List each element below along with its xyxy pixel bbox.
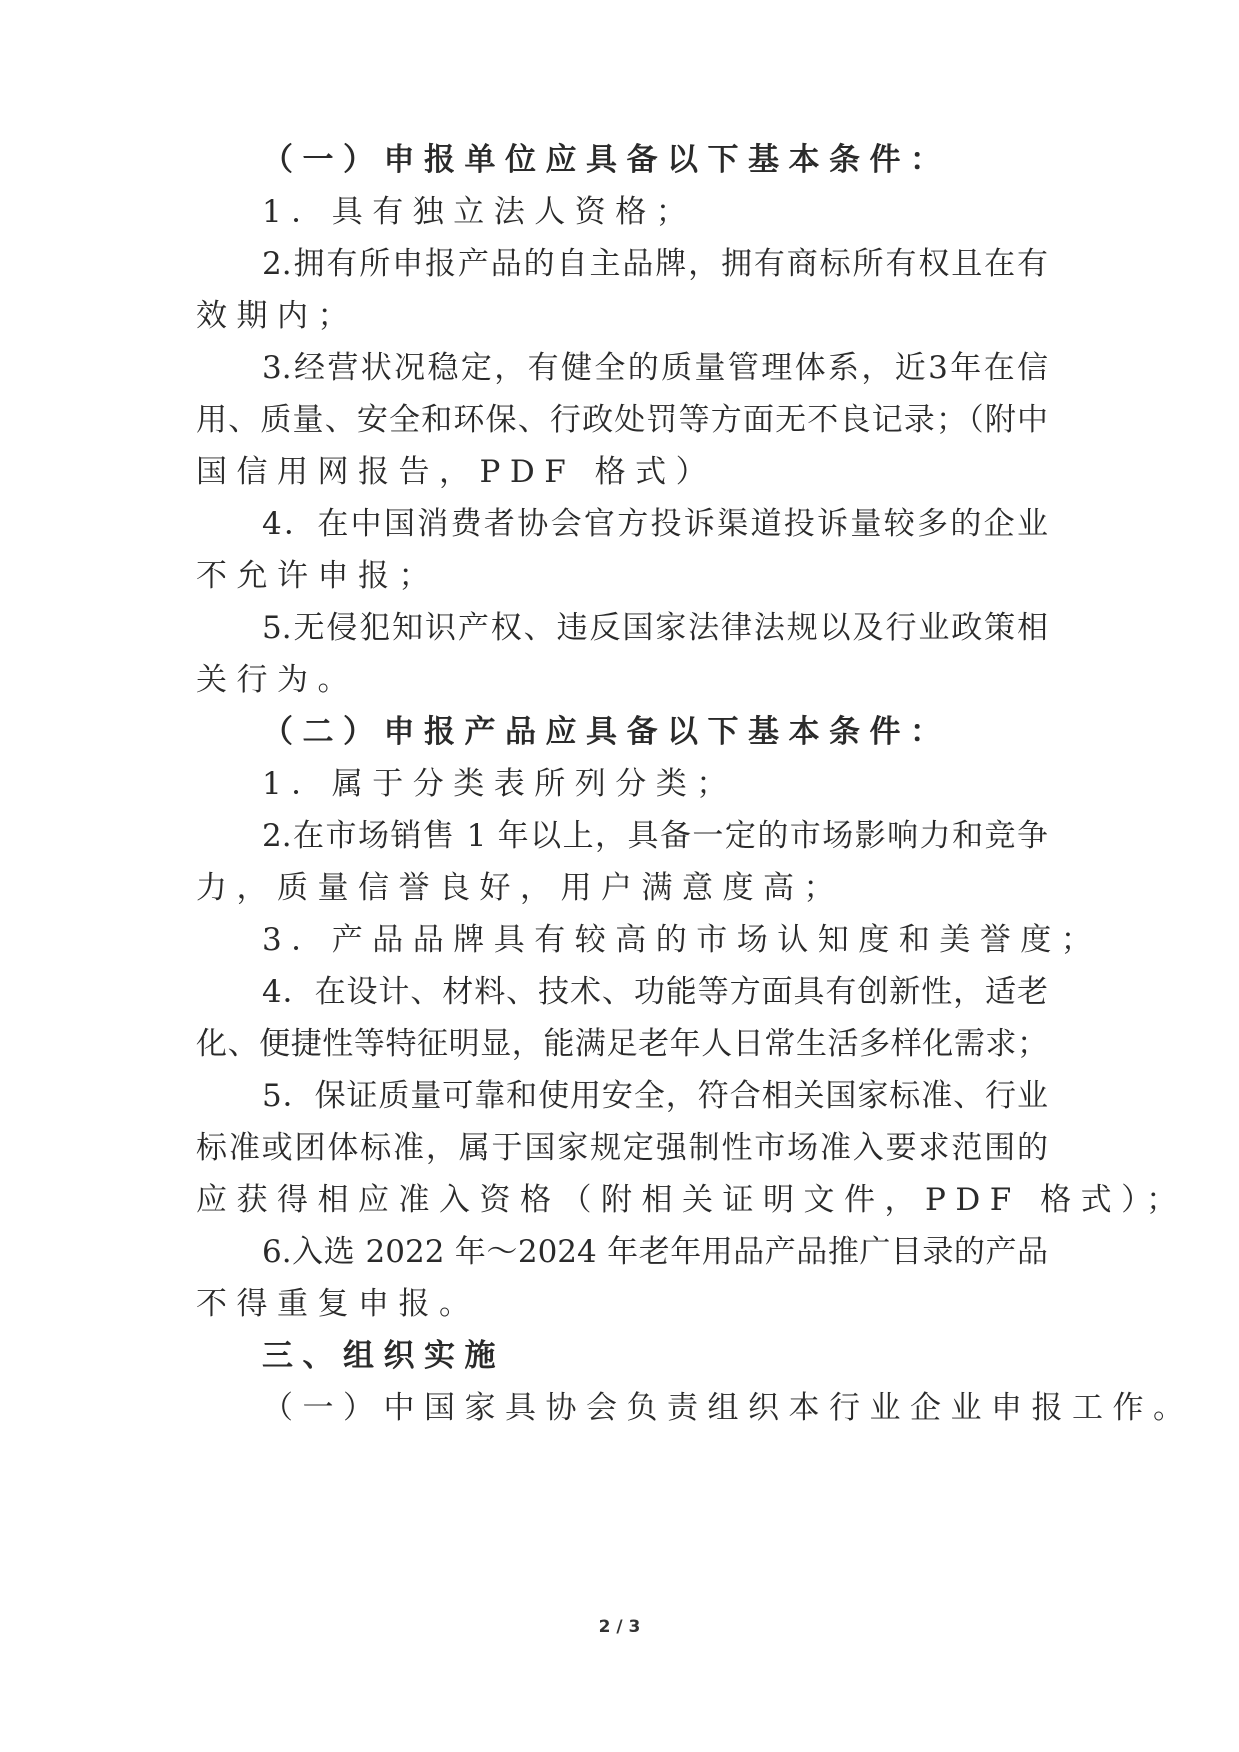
section-heading-product-conditions: （二）申报产品应具备以下基本条件： — [262, 712, 1048, 752]
paragraph-line: 4．在中国消费者协会官方投诉渠道投诉量较多的企业 — [262, 504, 1048, 544]
paragraph-line: 4．在设计、材料、技术、功能等方面具有创新性，适老 — [262, 972, 1048, 1012]
paragraph-line: 3.经营状况稳定，有健全的质量管理体系，近3年在信 — [262, 348, 1048, 388]
section-heading-applicant-conditions: （一）申报单位应具备以下基本条件： — [262, 140, 1048, 180]
paragraph-line: 6.入选 2022 年～2024 年老年用品产品推广目录的产品 — [262, 1232, 1048, 1272]
paragraph-line: 5．保证质量可靠和使用安全，符合相关国家标准、行业 — [262, 1076, 1048, 1116]
section-heading-organization: 三、组织实施 — [262, 1336, 1048, 1376]
paragraph-line: （一）中国家具协会负责组织本行业企业申报工作。 — [262, 1388, 1048, 1428]
paragraph-line: 化、便捷性等特征明显，能满足老年人日常生活多样化需求； — [196, 1024, 1048, 1064]
paragraph-line: 应获得相应准入资格（附相关证明文件，PDF 格式）； — [196, 1180, 1048, 1220]
paragraph-line: 1．属于分类表所列分类； — [262, 764, 1048, 804]
paragraph-line: 2.拥有所申报产品的自主品牌，拥有商标所有权且在有 — [262, 244, 1048, 284]
paragraph-line: 国信用网报告，PDF 格式） — [196, 452, 1048, 492]
paragraph-line: 2.在市场销售 1 年以上，具备一定的市场影响力和竞争 — [262, 816, 1048, 856]
paragraph-line: 力，质量信誉良好，用户满意度高； — [196, 868, 1048, 908]
paragraph-line: 5.无侵犯知识产权、违反国家法律法规以及行业政策相 — [262, 608, 1048, 648]
paragraph-line: 关行为。 — [196, 660, 1048, 700]
paragraph-line: 不允许申报； — [196, 556, 1048, 596]
page-number: 2 / 3 — [0, 1617, 1239, 1637]
paragraph-line: 不得重复申报。 — [196, 1284, 1048, 1324]
paragraph-line: 效期内； — [196, 296, 1048, 336]
paragraph-line: 用、质量、安全和环保、行政处罚等方面无不良记录；（附中 — [196, 400, 1048, 440]
paragraph-line: 标准或团体标准，属于国家规定强制性市场准入要求范围的 — [196, 1128, 1048, 1168]
paragraph-line: 1．具有独立法人资格； — [262, 192, 1048, 232]
paragraph-line: 3．产品品牌具有较高的市场认知度和美誉度； — [262, 920, 1048, 960]
